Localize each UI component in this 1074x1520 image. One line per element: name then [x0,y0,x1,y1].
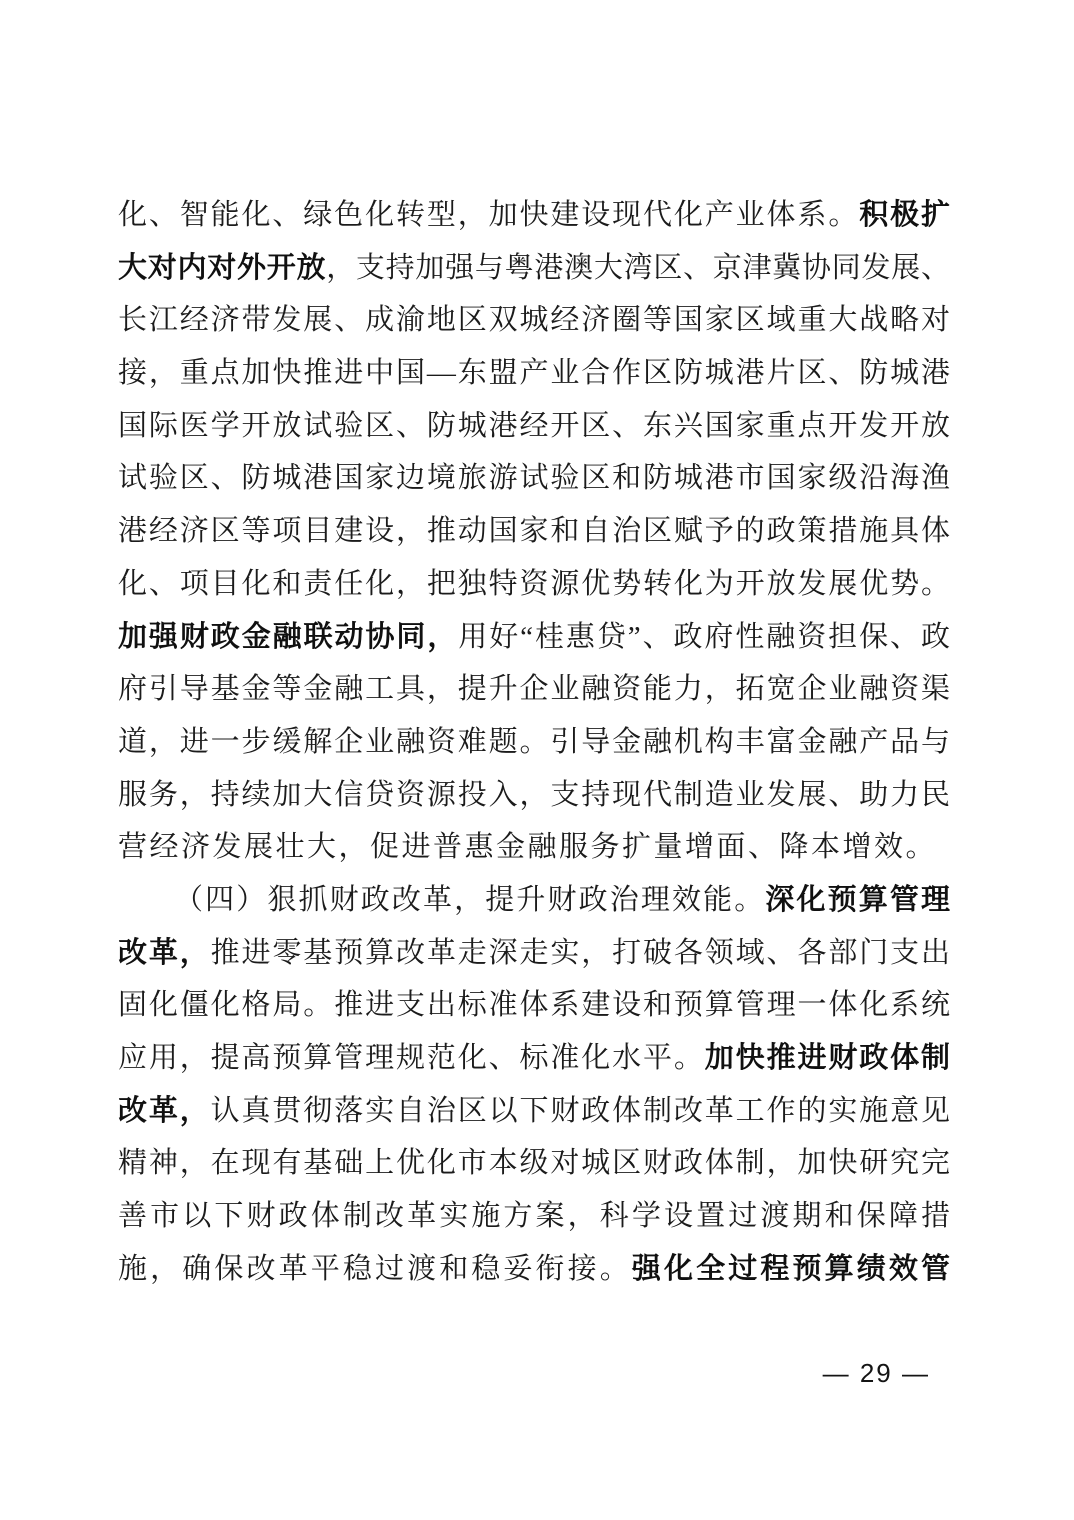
text-segment-normal: ，支持加强与粤港澳大湾区、京津冀协同发展、 [326,252,950,284]
text-segment-normal: 国际医学开放试验区、防城港经开区、东兴国家重点开发开放 [118,410,950,442]
text-segment-normal: 应用，提高预算管理规范化、标准化水平。 [118,1042,705,1074]
text-segment-bold: 改革， [118,1095,211,1127]
text-segment-normal: 服务，持续加大信贷资源投入，支持现代制造业发展、助力民 [118,779,950,811]
text-line: 服务，持续加大信贷资源投入，支持现代制造业发展、助力民 [118,769,950,822]
document-page: 化、智能化、绿色化转型，加快建设现代化产业体系。积极扩大对内对外开放，支持加强与… [0,0,1074,1520]
text-line: 应用，提高预算管理规范化、标准化水平。加快推进财政体制 [118,1032,950,1085]
text-line: 长江经济带发展、成渝地区双城经济圈等国家区域重大战略对 [118,294,950,347]
text-line: 港经济区等项目建设，推动国家和自治区赋予的政策措施具体 [118,505,950,558]
text-segment-normal: 接，重点加快推进中国—东盟产业合作区防城港片区、防城港 [118,357,950,389]
text-segment-bold: 加强财政金融联动协同， [118,621,458,653]
text-line: 接，重点加快推进中国—东盟产业合作区防城港片区、防城港 [118,347,950,400]
text-line: 大对内对外开放，支持加强与粤港澳大湾区、京津冀协同发展、 [118,242,950,295]
text-line: 道，进一步缓解企业融资难题。引导金融机构丰富金融产品与 [118,716,950,769]
text-segment-bold: 积极扩 [859,199,950,231]
page-number: — 29 — [823,1358,930,1389]
text-segment-normal: 港经济区等项目建设，推动国家和自治区赋予的政策措施具体 [118,515,950,547]
text-segment-normal: 善市以下财政体制改革实施方案，科学设置过渡期和保障措 [118,1200,950,1232]
text-segment-normal: 施，确保改革平稳过渡和稳妥衔接。 [118,1253,632,1285]
text-line: 府引导基金等金融工具，提升企业融资能力，拓宽企业融资渠 [118,663,950,716]
text-line: 化、智能化、绿色化转型，加快建设现代化产业体系。积极扩 [118,189,950,242]
text-segment-kaiti: （四）狠抓财政改革，提升财政治理效能。 [174,884,765,916]
text-segment-normal: 营经济发展壮大，促进普惠金融服务扩量增面、降本增效。 [118,831,937,863]
text-line: 加强财政金融联动协同，用好“桂惠贷”、政府性融资担保、政 [118,611,950,664]
text-segment-normal: 府引导基金等金融工具，提升企业融资能力，拓宽企业融资渠 [118,673,950,705]
text-segment-normal: 推进零基预算改革走深走实，打破各领域、各部门支出 [211,937,950,969]
text-segment-bold: 大对内对外开放 [118,252,326,284]
text-line: 改革，推进零基预算改革走深走实，打破各领域、各部门支出 [118,927,950,980]
text-segment-normal: 固化僵化格局。推进支出标准体系建设和预算管理一体化系统 [118,989,950,1021]
text-block: 化、智能化、绿色化转型，加快建设现代化产业体系。积极扩大对内对外开放，支持加强与… [118,189,950,1295]
text-segment-bold: 改革， [118,937,211,969]
text-line: 化、项目化和责任化，把独特资源优势转化为开放发展优势。 [118,558,950,611]
text-segment-normal: 化、智能化、绿色化转型，加快建设现代化产业体系。 [118,199,859,231]
text-segment-bold: 强化全过程预算绩效管 [632,1253,950,1285]
text-line: 营经济发展壮大，促进普惠金融服务扩量增面、降本增效。 [118,821,950,874]
text-segment-normal: 认真贯彻落实自治区以下财政体制改革工作的实施意见 [211,1095,950,1127]
text-segment-normal: 化、项目化和责任化，把独特资源优势转化为开放发展优势。 [118,568,950,600]
text-segment-normal: 精神，在现有基础上优化市本级对城区财政体制，加快研究完 [118,1147,950,1179]
text-segment-normal: 试验区、防城港国家边境旅游试验区和防城港市国家级沿海渔 [118,462,950,494]
text-segment-bold: 深化预算管理 [765,884,950,916]
text-line: 善市以下财政体制改革实施方案，科学设置过渡期和保障措 [118,1190,950,1243]
text-segment-normal: 道，进一步缓解企业融资难题。引导金融机构丰富金融产品与 [118,726,950,758]
text-segment-bold: 加快推进财政体制 [705,1042,950,1074]
text-segment-normal: 用好“桂惠贷”、政府性融资担保、政 [458,621,950,653]
text-line: 施，确保改革平稳过渡和稳妥衔接。强化全过程预算绩效管 [118,1243,950,1296]
text-line: （四）狠抓财政改革，提升财政治理效能。深化预算管理 [118,874,950,927]
text-line: 试验区、防城港国家边境旅游试验区和防城港市国家级沿海渔 [118,452,950,505]
text-line: 改革，认真贯彻落实自治区以下财政体制改革工作的实施意见 [118,1085,950,1138]
text-segment-normal: 长江经济带发展、成渝地区双城经济圈等国家区域重大战略对 [118,304,950,336]
text-line: 国际医学开放试验区、防城港经开区、东兴国家重点开发开放 [118,400,950,453]
text-line: 精神，在现有基础上优化市本级对城区财政体制，加快研究完 [118,1137,950,1190]
text-line: 固化僵化格局。推进支出标准体系建设和预算管理一体化系统 [118,979,950,1032]
